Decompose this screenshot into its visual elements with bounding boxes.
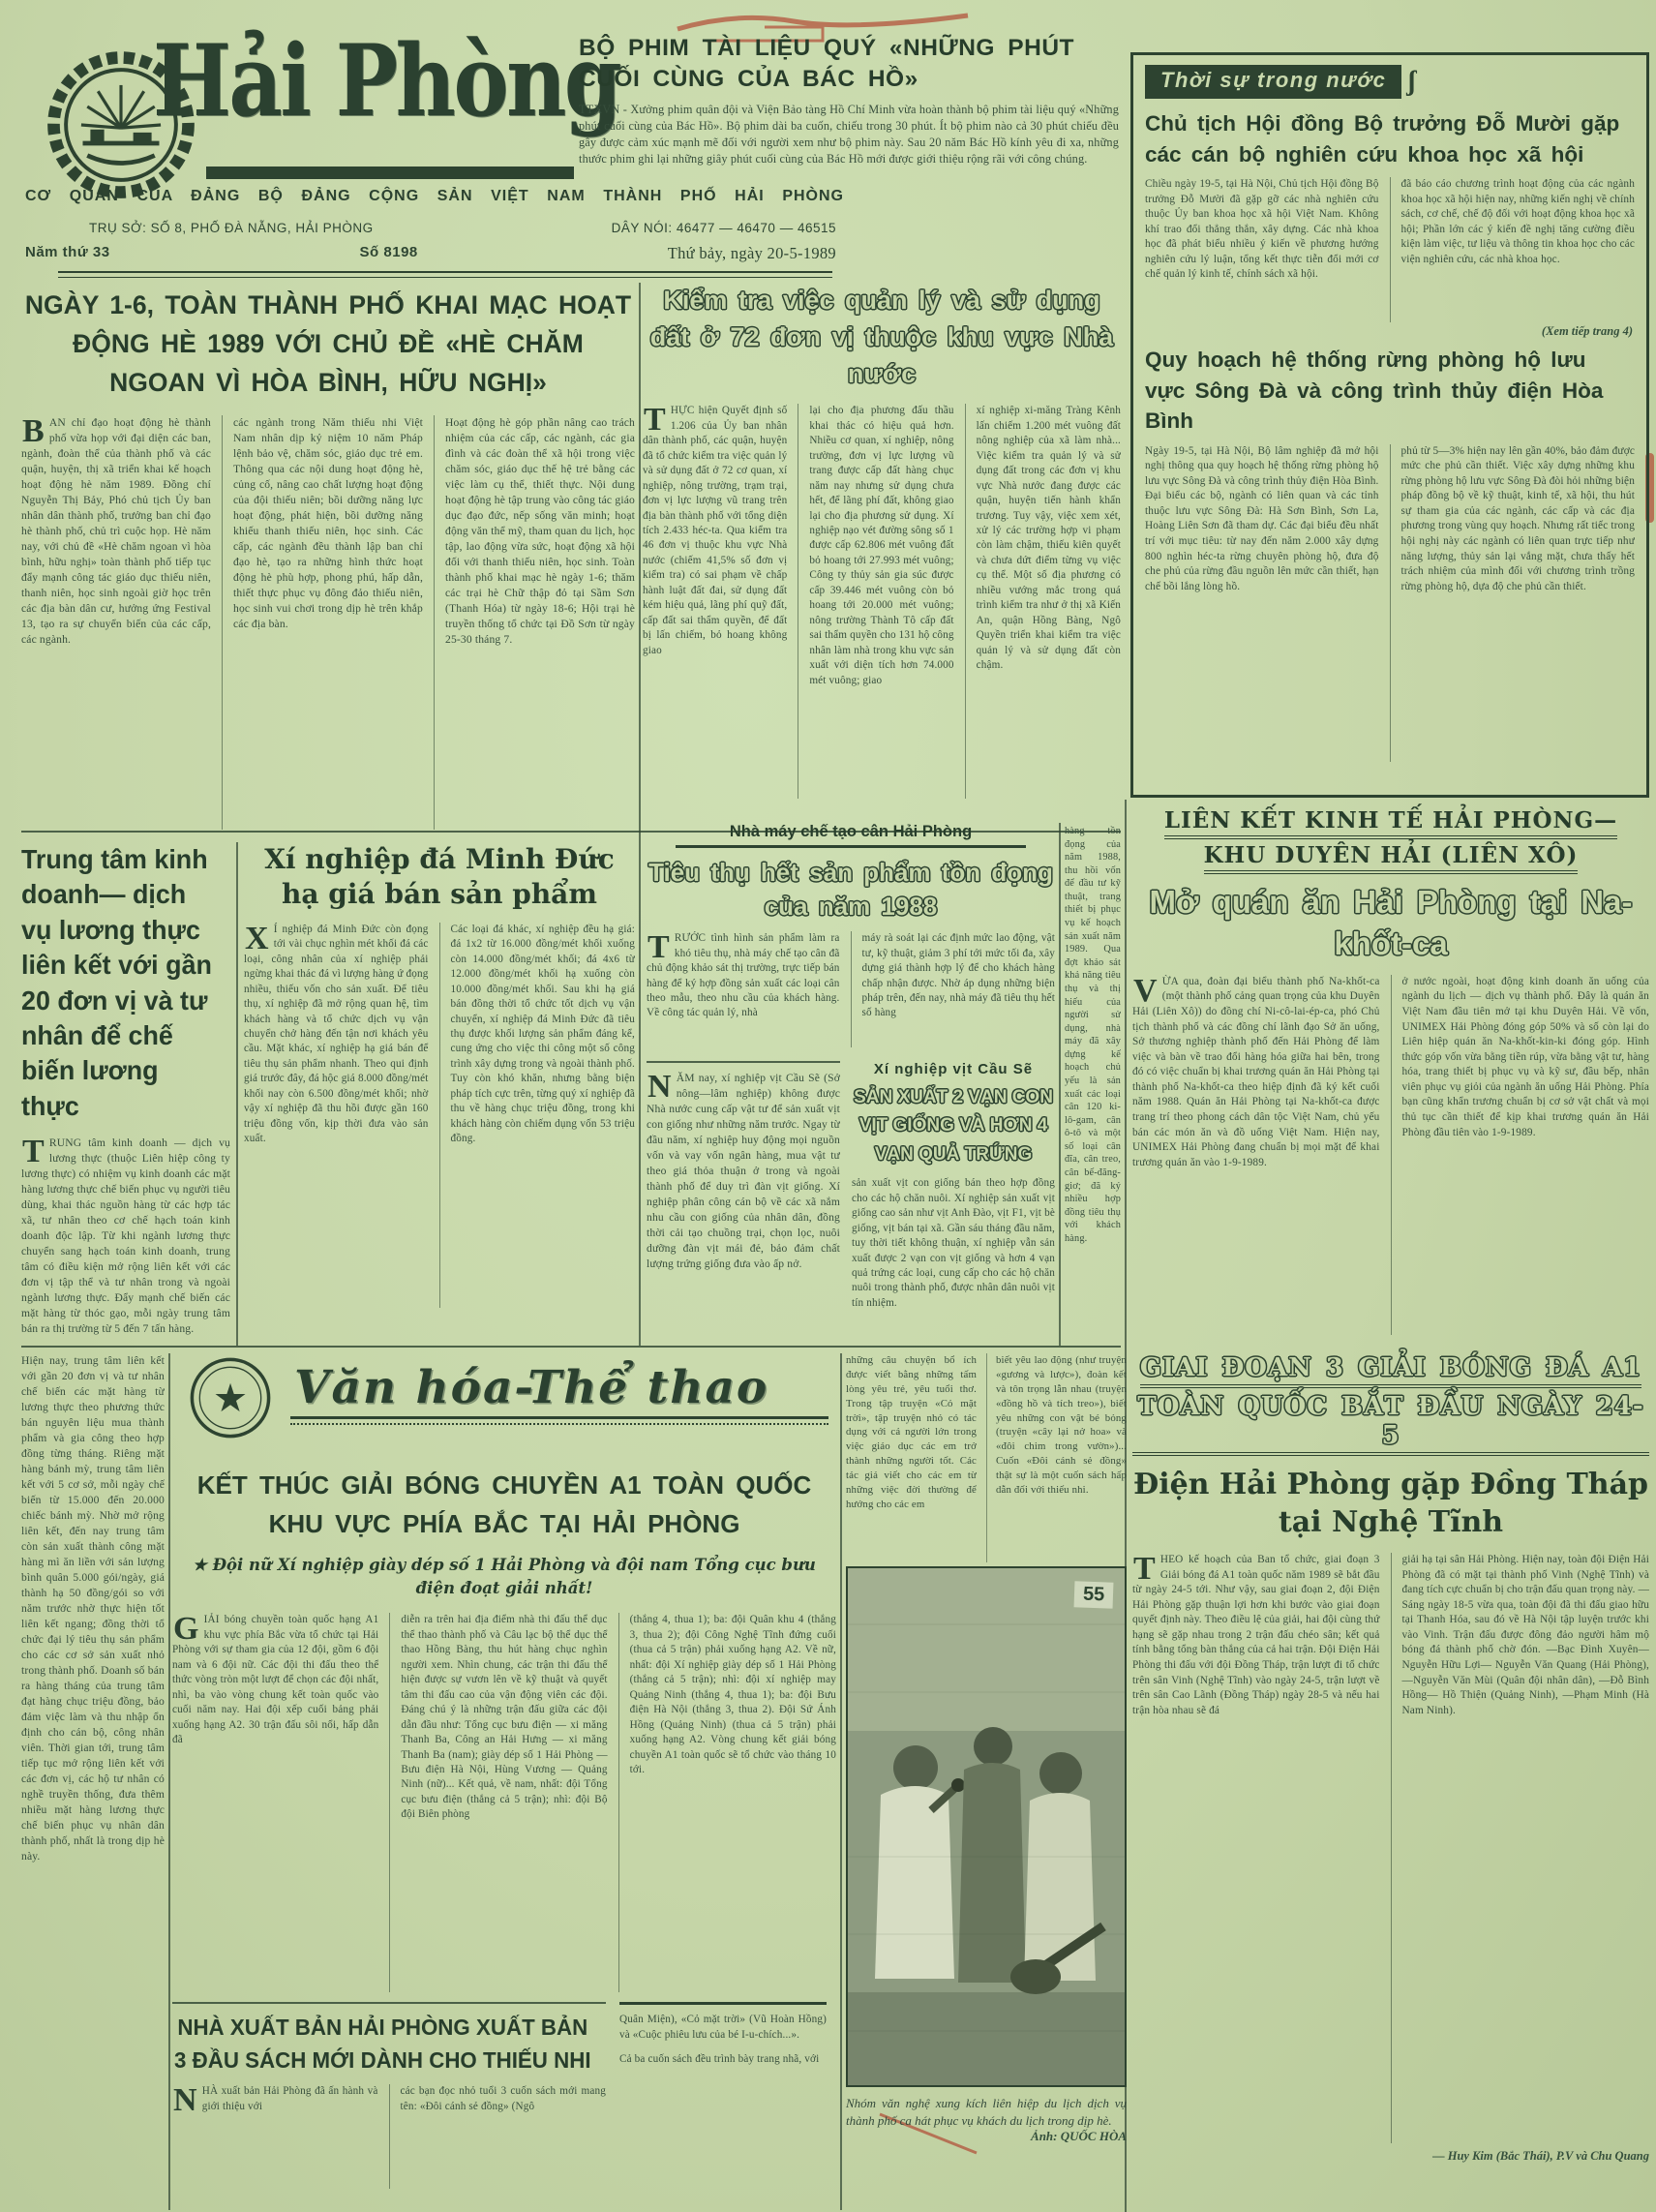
- badge-curl-icon: ʃ: [1407, 67, 1415, 98]
- minhduc-col1: XÍ nghiệp đá Minh Đức còn đọng tới vài c…: [244, 923, 429, 1308]
- books-col2: các bạn đọc nhỏ tuổi 3 cuốn sách mới man…: [389, 2084, 607, 2189]
- scale-col2: máy rà soát lại các định mức lao động, v…: [851, 931, 1056, 1047]
- star-emblem-icon: ★: [188, 1355, 273, 1445]
- svg-text:★: ★: [213, 1377, 248, 1420]
- books-headline: NHÀ XUẤT BẢN HẢI PHÒNG XUẤT BẢN 3 ĐẦU SÁ…: [172, 2012, 593, 2076]
- news2-col1: Ngày 19-5, tại Hà Nội, Bộ lâm nghiệp đã …: [1145, 444, 1379, 762]
- paper-title: Hải Phòng: [153, 23, 619, 139]
- column-rule: [840, 1353, 842, 2210]
- photo-sign-55: 55: [1073, 1581, 1113, 1608]
- column-rule: [168, 1353, 170, 2210]
- football-kicker1: GIAI ĐOẠN 3 GIẢI BÓNG ĐÁ A1: [1140, 1353, 1641, 1388]
- photo-pre-col1: những câu chuyện bổ ích được viết bằng n…: [846, 1353, 977, 1562]
- books-col1: NHÀ xuất bản Hải Phòng đã ấn hành và giớ…: [172, 2084, 378, 2189]
- paper-issue-number: Số 8198: [360, 244, 418, 263]
- minhduc-col2: Các loại đá khác, xí nghiệp đều hạ giá: …: [439, 923, 636, 1308]
- paper-year: Năm thứ 33: [25, 244, 110, 263]
- grain-body-1: TRUNG tâm kinh doanh — dịch vụ lương thự…: [21, 1136, 230, 1378]
- nakhotka-headline: Mở quán ăn Hải Phòng tại Na-khốt-ca: [1132, 882, 1649, 965]
- article-land-inspection: Kiểm tra việc quản lý và sử dụng đất ở 7…: [643, 283, 1121, 799]
- land-col3: xí nghiệp xi-măng Tràng Kênh lấn chiếm 1…: [965, 404, 1121, 799]
- volleyball-headline: KẾT THÚC GIẢI BÓNG CHUYỀN A1 TOÀN QUỐC K…: [172, 1466, 836, 1544]
- summer-headline: NGÀY 1-6, TOÀN THÀNH PHỐ KHAI MẠC HOẠT Đ…: [21, 287, 635, 402]
- news-box-badge-row: Thời sự trong nước ʃ: [1145, 65, 1635, 99]
- article-duck-farm: NĂM nay, xí nghiệp vịt Cầu Sẽ (Sở nông—l…: [647, 1061, 1055, 1311]
- nakhotka-col2: ở nước ngoài, hoạt động kinh doanh ăn uố…: [1391, 975, 1650, 1335]
- football-kicker2: TOÀN QUỐC BẮT ĐẦU NGÀY 24-5: [1132, 1392, 1649, 1456]
- newspaper-page: Hải Phòng CƠ QUAN CỦA ĐẢNG BỘ ĐẢNG CỘNG …: [0, 0, 1656, 2212]
- minhduc-body: XÍ nghiệp đá Minh Đức còn đọng tới vài c…: [244, 923, 635, 1308]
- land-headline: Kiểm tra việc quản lý và sử dụng đất ở 7…: [643, 283, 1121, 392]
- grain-body-2: Hiện nay, trung tâm liên kết với gần 20 …: [21, 1353, 165, 2203]
- football-byline: — Huy Kim (Bắc Thái), P.V và Chu Quang: [1132, 2149, 1649, 2164]
- grain-headline: Trung tâm kinh doanh— dịch vụ lương thực…: [21, 842, 222, 1124]
- paper-tagline: CƠ QUAN CỦA ĐẢNG BỘ ĐẢNG CỘNG SẢN VIỆT N…: [25, 188, 844, 205]
- land-col1: THỰC hiện Quyết định số 1.206 của Ủy ban…: [643, 404, 787, 799]
- minhduc-headline: Xí nghiệp đá Minh Đức hạ giá bán sản phẩ…: [244, 842, 635, 913]
- news-box-thoi-su: Thời sự trong nước ʃ Chủ tịch Hội đồng B…: [1130, 52, 1649, 798]
- nakhotka-col1: VỪA qua, đoàn đại biểu thành phố Na-khốt…: [1132, 975, 1380, 1335]
- column-rule: [639, 283, 641, 1346]
- summer-col1: BAN chỉ đạo hoạt động hè thành phố vừa h…: [21, 415, 211, 830]
- masthead-info-row: TRỤ SỞ: SỐ 8, PHỐ ĐÀ NẴNG, HẢI PHÒNG DÂY…: [89, 221, 836, 235]
- football-body: THEO kế hoạch của Ban tổ chức, giai đoạn…: [1132, 1553, 1649, 2143]
- news1-col2: đã báo cáo chương trình hoạt động của cá…: [1390, 177, 1636, 322]
- masthead-issue-row: Năm thứ 33 Số 8198 Thứ bảy, ngày 20-5-19…: [25, 244, 836, 263]
- books-note2: Cả ba cuốn sách đều trình bày trang nhã,…: [619, 2052, 827, 2067]
- summer-col2: các ngành trong Năm thiếu nhi Việt Nam n…: [222, 415, 423, 830]
- paper-address: TRỤ SỞ: SỐ 8, PHỐ ĐÀ NẴNG, HẢI PHÒNG: [89, 221, 374, 235]
- football-col1: THEO kế hoạch của Ban tổ chức, giai đoạn…: [1132, 1553, 1380, 2143]
- photo-pre-text: những câu chuyện bổ ích được viết bằng n…: [846, 1353, 1127, 1562]
- nakhotka-kicker1: LIÊN KẾT KINH TẾ HẢI PHÒNG—: [1164, 807, 1617, 839]
- article-scale-factory: Nhà máy chế tạo cân Hải Phòng Tiêu thụ h…: [647, 823, 1055, 1047]
- article-nakhotka: LIÊN KẾT KINH TẾ HẢI PHÒNG— KHU DUYÊN HẢ…: [1132, 807, 1649, 1335]
- column-rule: [1059, 823, 1061, 1346]
- summer-body: BAN chỉ đạo hoạt động hè thành phố vừa h…: [21, 415, 635, 830]
- duck-body: sản xuất vịt con giống bán theo hợp đồng…: [852, 1176, 1055, 1311]
- scale-col1: TRƯỚC tình hình sản phẩm làm ra khó tiêu…: [647, 931, 840, 1047]
- column-rule: [236, 842, 238, 1346]
- photo-pre-col2: biết yêu lao động (như truyện «gương và …: [986, 1353, 1127, 1562]
- volleyball-subheadline: ★ Đội nữ Xí nghiệp giày dép số 1 Hải Phò…: [172, 1554, 836, 1600]
- article-football: GIAI ĐOẠN 3 GIẢI BÓNG ĐÁ A1 TOÀN QUỐC BẮ…: [1132, 1353, 1649, 2164]
- photo-caption: Nhóm văn nghệ xung kích liên hiệp du lịc…: [846, 2095, 1127, 2129]
- news1-headline: Chủ tịch Hội đồng Bộ trưởng Đỗ Mười gặp …: [1145, 108, 1635, 169]
- duck-right-col: Xí nghiệp vịt Cầu Sẽ SẢN XUẤT 2 VẠN CON …: [852, 1061, 1055, 1311]
- section-culture-sport: ★ Văn hóa-Thể thao KẾT THÚC GIẢI BÓNG CH…: [172, 1353, 836, 2189]
- volleyball-col2: diễn ra trên hai địa điểm nhà thi đấu th…: [389, 1613, 607, 1992]
- film-body: TTXVN - Xưởng phim quân đội và Viện Bảo …: [579, 102, 1119, 167]
- thoi-su-badge: Thời sự trong nước: [1145, 65, 1401, 99]
- land-col2: lại cho địa phương đấu thầu khai thác có…: [798, 404, 953, 799]
- news2-body: Ngày 19-5, tại Hà Nội, Bộ lâm nghiệp đã …: [1145, 444, 1635, 762]
- article-summer-1989: NGÀY 1-6, TOÀN THÀNH PHỐ KHAI MẠC HOẠT Đ…: [21, 287, 635, 830]
- land-body: THỰC hiện Quyết định số 1.206 của Ủy ban…: [643, 404, 1121, 799]
- books-right: Quân Miện), «Cỏ mặt trời» (Vũ Hoàn Hồng)…: [619, 2002, 827, 2189]
- duck-headline: SẢN XUẤT 2 VẠN CON VỊT GIỐNG VÀ HƠN 4 VẠ…: [852, 1083, 1055, 1168]
- paper-phone: DÂY NÓI: 46477 — 46470 — 46515: [612, 221, 836, 235]
- football-col2: giải hạ tại sân Hải Phòng. Hiện nay, toà…: [1391, 1553, 1650, 2143]
- news-photo: 55: [846, 1566, 1127, 2087]
- duck-left-col: NĂM nay, xí nghiệp vịt Cầu Sẽ (Sở nông—l…: [647, 1061, 840, 1311]
- article-books: NHÀ XUẤT BẢN HẢI PHÒNG XUẤT BẢN 3 ĐẦU SÁ…: [172, 2002, 836, 2189]
- news2-col2: phủ từ 5—3% hiện nay lên gần 40%, bảo đả…: [1390, 444, 1636, 762]
- volleyball-body: GIẢI bóng chuyền toàn quốc hạng A1 khu v…: [172, 1613, 836, 1992]
- article-film: BỘ PHIM TÀI LIỆU QUÝ «NHỮNG PHÚT CUỐI CÙ…: [579, 33, 1119, 167]
- duck-kicker: Xí nghiệp vịt Cầu Sẽ: [852, 1061, 1055, 1077]
- paper-date: Thứ bảy, ngày 20-5-1989: [668, 244, 836, 263]
- title-underline-bar: [206, 167, 574, 179]
- books-body: NHÀ xuất bản Hải Phòng đã ấn hành và giớ…: [172, 2084, 606, 2189]
- news1-body: Chiều ngày 19-5, tại Hà Nội, Chủ tịch Hộ…: [1145, 177, 1635, 322]
- scale-headline: Tiêu thụ hết sản phẩm tồn đọng của năm 1…: [647, 856, 1055, 924]
- scale-body: TRƯỚC tình hình sản phẩm làm ra khó tiêu…: [647, 931, 1055, 1047]
- nakhotka-kicker2: KHU DUYÊN HẢI (LIÊN XÔ): [1204, 842, 1579, 874]
- masthead-rule: [58, 271, 832, 278]
- continued-note: (Xem tiếp trang 4): [1145, 324, 1633, 339]
- news2-headline: Quy hoạch hệ thống rừng phòng hộ lưu vực…: [1145, 345, 1635, 437]
- photo-credit: Ảnh: QUỐC HÒA: [846, 2129, 1127, 2144]
- news1-col1: Chiều ngày 19-5, tại Hà Nội, Chủ tịch Hộ…: [1145, 177, 1379, 322]
- books-left: NHÀ XUẤT BẢN HẢI PHÒNG XUẤT BẢN 3 ĐẦU SÁ…: [172, 2002, 606, 2189]
- culture-banner-title: Văn hóa-Thể thao: [294, 1353, 836, 1414]
- scale-kicker: Nhà máy chế tạo cân Hải Phòng: [676, 823, 1027, 848]
- article-minh-duc: Xí nghiệp đá Minh Đức hạ giá bán sản phẩ…: [244, 842, 635, 1308]
- nakhotka-body: VỪA qua, đoàn đại biểu thành phố Na-khốt…: [1132, 975, 1649, 1335]
- banner-rule: [290, 1416, 828, 1425]
- books-note1: Quân Miện), «Cỏ mặt trời» (Vũ Hoàn Hồng)…: [619, 2013, 827, 2043]
- volleyball-col3: (thắng 4, thua 1); ba: đội Quân khu 4 (t…: [618, 1613, 836, 1992]
- photo-column: những câu chuyện bổ ích được viết bằng n…: [846, 1353, 1127, 2144]
- volleyball-col1: GIẢI bóng chuyền toàn quốc hạng A1 khu v…: [172, 1613, 378, 1992]
- summer-col3: Hoạt động hè góp phần nâng cao trách nhi…: [434, 415, 635, 830]
- film-headline: BỘ PHIM TÀI LIỆU QUÝ «NHỮNG PHÚT CUỐI CÙ…: [579, 33, 1119, 95]
- culture-banner: ★ Văn hóa-Thể thao: [172, 1353, 836, 1454]
- football-headline: Điện Hải Phòng gặp Đồng Tháp tại Nghệ Tĩ…: [1132, 1466, 1649, 1541]
- scale-side-column: hàng tồn đọng của năm 1988, thu hồi vốn …: [1065, 825, 1121, 1344]
- article-grain-center: Trung tâm kinh doanh— dịch vụ lương thực…: [21, 842, 230, 1378]
